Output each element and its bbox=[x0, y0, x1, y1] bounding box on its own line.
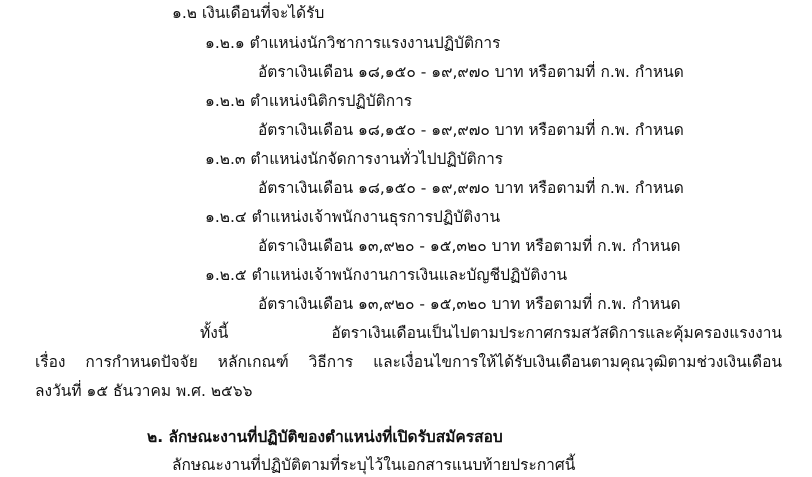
position-salary: อัตราเงินเดือน ๑๘,๑๕๐ - ๑๙,๙๗๐ บาท หรือต… bbox=[258, 178, 684, 198]
position-title: ๑.๒.๔ ตำแหน่งเจ้าพนักงานธุรการปฏิบัติงาน bbox=[205, 207, 500, 227]
salary-note-line-3: ลงวันที่ ๑๕ ธันวาคม พ.ศ. ๒๕๖๖ bbox=[35, 381, 252, 401]
position-salary: อัตราเงินเดือน ๑๓,๙๒๐ - ๑๕,๓๒๐ บาท หรือต… bbox=[258, 294, 681, 314]
position-salary: อัตราเงินเดือน ๑๓,๙๒๐ - ๑๕,๓๒๐ บาท หรือต… bbox=[258, 236, 681, 256]
salary-note-line-1: ทั้งนี้ อัตราเงินเดือนเป็นไปตามประกาศกรม… bbox=[200, 323, 782, 343]
salary-note-line-2: เรื่อง การกำหนดปัจจัย หลักเกณฑ์ วิธีการ … bbox=[35, 352, 782, 372]
position-title: ๑.๒.๕ ตำแหน่งเจ้าพนักงานการเงินและบัญชีป… bbox=[205, 265, 567, 285]
section-2-body: ลักษณะงานที่ปฏิบัติตามที่ระบุไว้ในเอกสาร… bbox=[172, 455, 575, 475]
position-salary: อัตราเงินเดือน ๑๘,๑๕๐ - ๑๙,๙๗๐ บาท หรือต… bbox=[258, 120, 684, 140]
section-2-heading: ๒. ลักษณะงานที่ปฏิบัติของตำแหน่งที่เปิดร… bbox=[147, 427, 503, 447]
position-title: ๑.๒.๓ ตำแหน่งนักจัดการงานทั่วไปปฏิบัติกา… bbox=[205, 149, 503, 169]
position-title: ๑.๒.๑ ตำแหน่งนักวิชาการแรงงานปฏิบัติการ bbox=[205, 33, 500, 53]
section-1-2-heading: ๑.๒ เงินเดือนที่จะได้รับ bbox=[172, 3, 324, 23]
position-salary: อัตราเงินเดือน ๑๘,๑๕๐ - ๑๙,๙๗๐ บาท หรือต… bbox=[258, 62, 684, 82]
position-title: ๑.๒.๒ ตำแหน่งนิติกรปฏิบัติการ bbox=[205, 91, 412, 111]
